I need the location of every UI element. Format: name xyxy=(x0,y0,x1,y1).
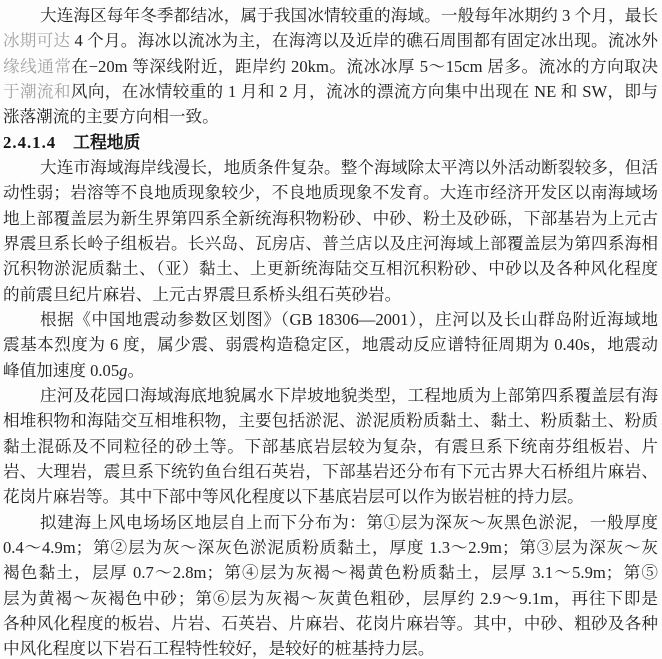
section-title: 工程地质 xyxy=(73,133,140,152)
text-line: 岩、大理岩，震旦系下统钓鱼台组石英岩，下部基岩还分布有下元古界大石桥组片麻岩、 xyxy=(3,459,658,484)
text-line: 花岗片麻岩等。其中下部中等风化程度以下基底岩层可以作为嵌岩桩的持力层。 xyxy=(3,484,658,509)
text-line: 动性弱；岩溶等不良地质现象较少，不良地质现象不发育。大连市经济开发区以南海域场 xyxy=(3,180,658,205)
text-line: 层为黄褐～灰褐色中砂；第⑥层为灰褐～灰黄色粗砂，层厚约 2.9～9.1m，再往下… xyxy=(3,586,658,611)
text-line: 沉积物淤泥质黏土、（亚）黏土、上更新统海陆交互相沉积粉砂、中砂以及各种风化程度 xyxy=(3,256,658,281)
paragraph-sea-ice: 大连海区每年冬季都结冰，属于我国冰情较重的海域。一般每年冰期约 3 个月，最长 … xyxy=(3,3,658,130)
text-line: 震基本烈度为 6 度，属少震、弱震构造稳定区，地震动反应谱特征周期为 0.40s… xyxy=(3,332,658,357)
paragraph-seismic: 根据《中国地震动参数区划图》（GB 18306—2001），庄河以及长山群岛附近… xyxy=(3,307,658,383)
line-text: 。 xyxy=(127,361,144,380)
text-line: 相堆积物和海陆交互相堆积物，主要包括淤泥、淤泥质粉质黏土、黏土、粉质黏土、粉质 xyxy=(3,408,658,433)
text-line: 峰值加速度 0.05g。 xyxy=(3,358,658,383)
paragraph-strata-layers: 拟建海上风电场场区地层自上而下分布为：第①层为深灰～灰黑色淤泥，一般厚度 0.4… xyxy=(3,510,658,659)
document-page: 大连海区每年冬季都结冰，属于我国冰情较重的海域。一般每年冰期约 3 个月，最长 … xyxy=(0,0,662,659)
text-line: 黏土混砾及不同粒径的砂土等。下部基底岩层较为复杂，有震旦系下统南芬组板岩、片 xyxy=(3,434,658,459)
text-line: 界震旦系长岭子组板岩。长兴岛、瓦房店、普兰店以及庄河海域上部覆盖层为第四系海相 xyxy=(3,231,658,256)
faded-scan-text: 缘线通常 xyxy=(3,57,72,76)
paragraph-geology-overview: 大连市海域海岸线漫长，地质条件复杂。整个海域除太平湾以外活动断裂较多，但活 动性… xyxy=(3,155,658,307)
text-line: 的前震旦纪片麻岩、上元古界震旦系桥头组石英砂岩。 xyxy=(3,282,658,307)
text-line: 中风化程度以下岩石工程特性较好，是较好的桩基持力层。 xyxy=(3,636,658,659)
line-text: 在−20m 等深线附近，距岸约 20km。流冰冰厚 5～15cm 居多。流冰的方… xyxy=(72,57,658,76)
section-heading: 2.4.1.4工程地质 xyxy=(3,130,658,155)
line-text: 风向，在冰情较重的 1 月和 2 月，流冰的漂流方向集中出现在 NE 和 SW，… xyxy=(71,82,658,101)
section-number: 2.4.1.4 xyxy=(3,133,56,152)
text-line: 庄河及花园口海域海底地貌属水下岸坡地貌类型，工程地质为上部第四系覆盖层有海 xyxy=(3,383,658,408)
text-line: 褐色黏土，层厚 0.7～2.8m；第④层为灰褐～褐黄色粉质黏土，层厚 3.1～5… xyxy=(3,560,658,585)
faded-scan-text: 冰期可达 xyxy=(3,31,70,50)
text-line: 缘线通常在−20m 等深线附近，距岸约 20km。流冰冰厚 5～15cm 居多。… xyxy=(3,54,658,79)
text-line: 于潮流和风向，在冰情较重的 1 月和 2 月，流冰的漂流方向集中出现在 NE 和… xyxy=(3,79,658,104)
text-line: 拟建海上风电场场区地层自上而下分布为：第①层为深灰～灰黑色淤泥，一般厚度 xyxy=(3,510,658,535)
text-line: 根据《中国地震动参数区划图》（GB 18306—2001），庄河以及长山群岛附近… xyxy=(3,307,658,332)
text-line: 大连市海域海岸线漫长，地质条件复杂。整个海域除太平湾以外活动断裂较多，但活 xyxy=(3,155,658,180)
line-text: 峰值加速度 0.05 xyxy=(3,361,119,380)
text-line: 大连海区每年冬季都结冰，属于我国冰情较重的海域。一般每年冰期约 3 个月，最长 xyxy=(3,3,658,28)
paragraph-seabed: 庄河及花园口海域海底地貌属水下岸坡地貌类型，工程地质为上部第四系覆盖层有海 相堆… xyxy=(3,383,658,510)
text-line: 冰期可达 4 个月。海冰以流冰为主，在海湾以及近岸的礁石周围都有固定冰出现。流冰… xyxy=(3,28,658,53)
text-line: 各种风化程度的板岩、片岩、石英岩、片麻岩、花岗片麻岩等。其中，中砂、粗砂及各种 xyxy=(3,611,658,636)
text-line: 0.4～4.9m；第②层为灰～深灰色淤泥质粉质黏土，厚度 1.3～2.9m；第③… xyxy=(3,535,658,560)
text-line: 地上部覆盖层为新生界第四系全新统海积物粉砂、中砂、粉土及砂砾，下部基岩为上元古 xyxy=(3,206,658,231)
faded-scan-text: 于潮流和 xyxy=(3,82,71,101)
line-text: 4 个月。海冰以流冰为主，在海湾以及近岸的礁石周围都有固定冰出现。流冰外 xyxy=(70,31,658,50)
text-line: 涨落潮流的主要方向相一致。 xyxy=(3,104,658,129)
